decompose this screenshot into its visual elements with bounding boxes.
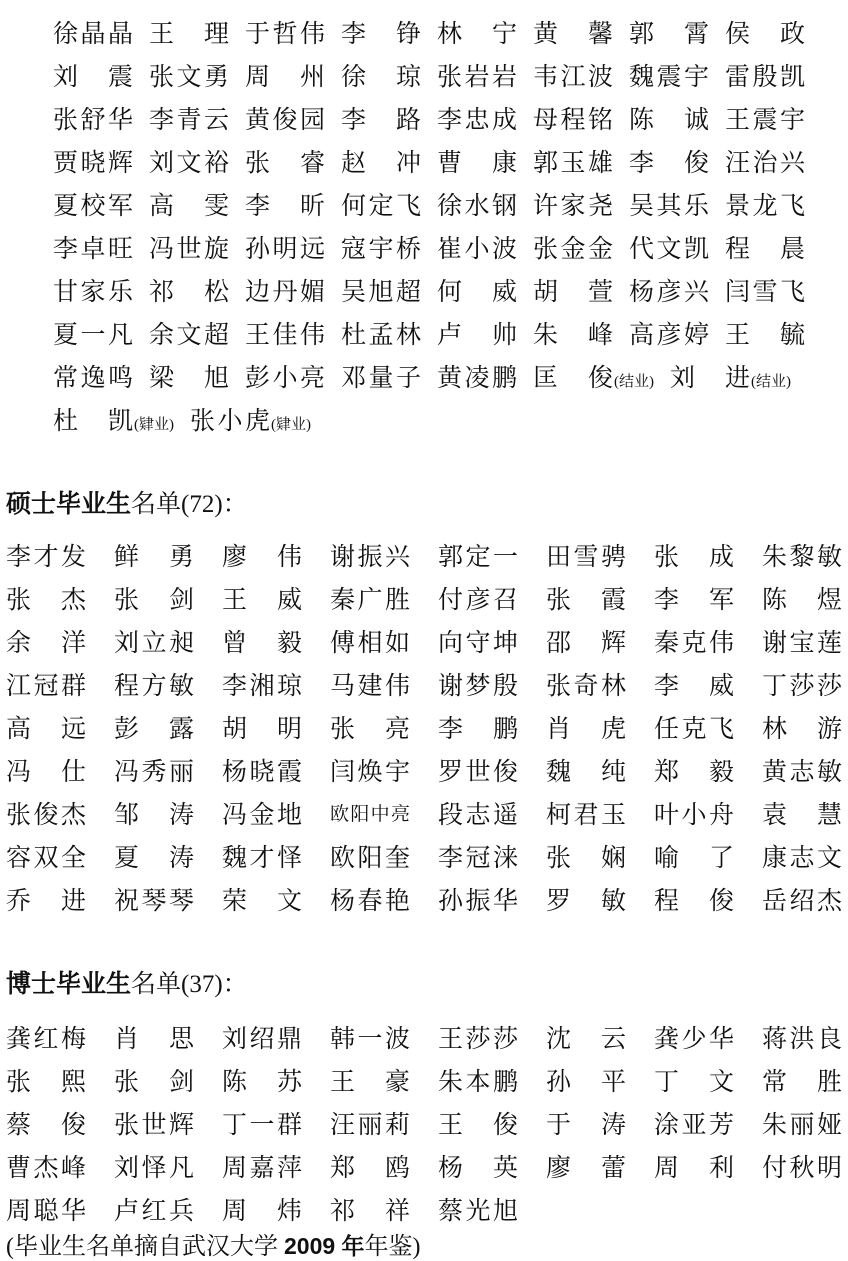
person-name: 张剑 (114, 580, 194, 616)
person-name: 陈诚 (629, 100, 709, 136)
person-name: 秦广胜 (330, 580, 410, 616)
person-name: 涂亚芳 (654, 1105, 734, 1141)
person-name: 任克飞 (654, 709, 734, 745)
masters-heading-rest: 名单(72)： (131, 491, 248, 518)
person-name: 曾毅 (222, 623, 302, 659)
person-name: 李青云 (149, 100, 229, 136)
person-name: 李才发 (6, 537, 86, 573)
completion-status-note: (肄业) (271, 413, 311, 434)
person-name: 刘进(结业) (670, 358, 791, 394)
person-name: 郭玉雄 (533, 143, 613, 179)
person-name: 龚少华 (654, 1019, 734, 1055)
person-name: 徐水钢 (437, 186, 517, 222)
person-name: 张舒华 (53, 100, 133, 136)
person-name: 卢帅 (437, 315, 517, 351)
person-name: 崔小波 (437, 229, 517, 265)
name-row: 龚红梅肖思刘绍鼎韩一波王莎莎沈云龚少华蒋洪良 (0, 1015, 848, 1058)
person-name: 何定飞 (341, 186, 421, 222)
person-name: 卢红兵 (114, 1191, 194, 1227)
person-name: 魏震宇 (629, 57, 709, 93)
person-name: 黄馨 (533, 14, 613, 50)
person-name: 张奇林 (546, 666, 626, 702)
person-name: 徐晶晶 (53, 14, 133, 50)
person-name: 肖虎 (546, 709, 626, 745)
person-name: 刘文裕 (149, 143, 229, 179)
person-name: 寇宇桥 (341, 229, 421, 265)
name-row: 李卓旺冯世旋孙明远寇宇桥崔小波张金金代文凯程晨 (0, 225, 848, 268)
person-name: 高远 (6, 709, 86, 745)
person-name: 韩一波 (330, 1019, 410, 1055)
person-name: 祁松 (149, 272, 229, 308)
person-name: 李军 (654, 580, 734, 616)
name-row: 周聪华卢红兵周炜祁祥蔡光旭 (0, 1187, 848, 1230)
doctors-heading-bold: 博士毕业生 (6, 971, 131, 998)
completion-status-note: (结业) (751, 370, 791, 391)
person-name: 汪治兴 (725, 143, 805, 179)
person-name: 程晨 (725, 229, 805, 265)
person-name: 雷殷凯 (725, 57, 805, 93)
name-row: 杜凯(肄业)张小虎(肄业) (0, 397, 848, 440)
person-name: 丁文 (654, 1062, 734, 1098)
person-name: 丁一群 (222, 1105, 302, 1141)
person-name: 彭小亮 (245, 358, 325, 394)
name-row: 甘家乐祁松边丹媚吴旭超何威胡萱杨彦兴闫雪飞 (0, 268, 848, 311)
masters-name-grid: 李才发鲜勇廖伟谢振兴郭定一田雪骋张成朱黎敏张杰张剑王威秦广胜付彦召张霞李军陈煜余… (0, 533, 848, 920)
person-name: 汪丽莉 (330, 1105, 410, 1141)
name-row: 张杰张剑王威秦广胜付彦召张霞李军陈煜 (0, 576, 848, 619)
person-name: 李冠涞 (438, 838, 518, 874)
name-row: 张俊杰邹涛冯金地欧阳中亮段志遥柯君玉叶小舟袁慧 (0, 791, 848, 834)
person-name: 王俊 (438, 1105, 518, 1141)
name-row: 张舒华李青云黄俊园李路李忠成母程铭陈诚王震宇 (0, 96, 848, 139)
person-name: 周炜 (222, 1191, 302, 1227)
person-name: 夏一凡 (53, 315, 133, 351)
person-name: 王豪 (330, 1062, 410, 1098)
name-row: 高远彭露胡明张亮李鹏肖虎任克飞林游 (0, 705, 848, 748)
person-name: 景龙飞 (725, 186, 805, 222)
person-name: 周利 (654, 1148, 734, 1184)
person-name: 谢宝莲 (762, 623, 842, 659)
source-note-year: 2009 年 (284, 1233, 365, 1259)
person-name: 傅相如 (330, 623, 410, 659)
person-name: 程方敏 (114, 666, 194, 702)
person-name: 甘家乐 (53, 272, 133, 308)
person-name: 叶小舟 (654, 795, 734, 831)
person-name: 何威 (437, 272, 517, 308)
person-name: 张剑 (114, 1062, 194, 1098)
person-name: 张娴 (546, 838, 626, 874)
source-note-prefix: (毕业生名单摘自武汉大学 (6, 1234, 284, 1260)
graduate-name-list-page: 徐晶晶王理于哲伟李铮林宁黄馨郭霄侯政刘震张文勇周州徐琼张岩岩韦江波魏震宇雷殷凯张… (0, 0, 848, 1261)
person-name: 马建伟 (330, 666, 410, 702)
person-name: 张世辉 (114, 1105, 194, 1141)
person-name: 祝琴琴 (114, 881, 194, 917)
person-name: 谢振兴 (330, 537, 410, 573)
person-name: 吴其乐 (629, 186, 709, 222)
person-name: 王莎莎 (438, 1019, 518, 1055)
name-row: 张熙张剑陈苏王豪朱本鹏孙平丁文常胜 (0, 1058, 848, 1101)
person-name: 郑鸥 (330, 1148, 410, 1184)
person-name: 张岩岩 (437, 57, 517, 93)
person-name: 周聪华 (6, 1191, 86, 1227)
person-name: 刘震 (53, 57, 133, 93)
person-name: 蔡俊 (6, 1105, 86, 1141)
person-name: 郭定一 (438, 537, 518, 573)
person-name: 丁莎莎 (762, 666, 842, 702)
person-name: 李路 (341, 100, 421, 136)
section-doctoral-graduates: 博士毕业生名单(37)： 龚红梅肖思刘绍鼎韩一波王莎莎沈云龚少华蒋洪良张熙张剑陈… (0, 968, 848, 1230)
person-name: 彭露 (114, 709, 194, 745)
masters-heading: 硕士毕业生名单(72)： (6, 488, 848, 521)
person-name: 蒋洪良 (762, 1019, 842, 1055)
section-masters-graduates: 硕士毕业生名单(72)： 李才发鲜勇廖伟谢振兴郭定一田雪骋张成朱黎敏张杰张剑王威… (0, 488, 848, 920)
person-name: 乔进 (6, 881, 86, 917)
person-name: 边丹媚 (245, 272, 325, 308)
completion-status-note: (结业) (614, 370, 654, 391)
person-name: 田雪骋 (546, 537, 626, 573)
bachelor-name-grid: 徐晶晶王理于哲伟李铮林宁黄馨郭霄侯政刘震张文勇周州徐琼张岩岩韦江波魏震宇雷殷凯张… (0, 10, 848, 440)
person-name: 王震宇 (725, 100, 805, 136)
person-name: 孙振华 (438, 881, 518, 917)
person-name: 康志文 (762, 838, 842, 874)
person-name: 朱峰 (533, 315, 613, 351)
person-name: 王理 (149, 14, 229, 50)
person-name: 段志遥 (438, 795, 518, 831)
person-name: 吴旭超 (341, 272, 421, 308)
person-name: 常胜 (762, 1062, 842, 1098)
person-name: 付彦召 (438, 580, 518, 616)
name-row: 曹杰峰刘怿凡周嘉萍郑鸥杨英廖蕾周利付秋明 (0, 1144, 848, 1187)
person-name: 罗世俊 (438, 752, 518, 788)
person-name: 杨英 (438, 1148, 518, 1184)
person-name: 刘立昶 (114, 623, 194, 659)
person-name: 余洋 (6, 623, 86, 659)
person-name: 黄志敏 (762, 752, 842, 788)
person-name: 徐琼 (341, 57, 421, 93)
person-name: 胡明 (222, 709, 302, 745)
section-bachelor-list-continued: 徐晶晶王理于哲伟李铮林宁黄馨郭霄侯政刘震张文勇周州徐琼张岩岩韦江波魏震宇雷殷凯张… (0, 10, 848, 440)
name-row: 冯仕冯秀丽杨晓霞闫焕宇罗世俊魏纯郑毅黄志敏 (0, 748, 848, 791)
person-name: 赵冲 (341, 143, 421, 179)
person-name: 孙明远 (245, 229, 325, 265)
name-row: 李才发鲜勇廖伟谢振兴郭定一田雪骋张成朱黎敏 (0, 533, 848, 576)
person-name: 周州 (245, 57, 325, 93)
person-name: 张熙 (6, 1062, 86, 1098)
person-name: 祁祥 (330, 1191, 410, 1227)
name-row: 夏一凡余文超王佳伟杜孟林卢帅朱峰高彦婷王毓 (0, 311, 848, 354)
person-name: 向守坤 (438, 623, 518, 659)
person-name: 江冠群 (6, 666, 86, 702)
name-row: 贾晓辉刘文裕张睿赵冲曹康郭玉雄李俊汪治兴 (0, 139, 848, 182)
person-name: 喻了 (654, 838, 734, 874)
person-name: 曹杰峰 (6, 1148, 86, 1184)
person-name: 常逸鸣 (53, 358, 133, 394)
person-name: 程俊 (654, 881, 734, 917)
person-name: 张金金 (533, 229, 613, 265)
person-name: 于哲伟 (245, 14, 325, 50)
person-name: 王佳伟 (245, 315, 325, 351)
person-name: 黄凌鹏 (437, 358, 517, 394)
person-name: 王威 (222, 580, 302, 616)
person-name: 林游 (762, 709, 842, 745)
person-name: 余文超 (149, 315, 229, 351)
person-name: 荣文 (222, 881, 302, 917)
completion-status-note: (肄业) (134, 413, 174, 434)
doctors-name-grid: 龚红梅肖思刘绍鼎韩一波王莎莎沈云龚少华蒋洪良张熙张剑陈苏王豪朱本鹏孙平丁文常胜蔡… (0, 1015, 848, 1230)
person-name: 周嘉萍 (222, 1148, 302, 1184)
person-name: 冯世旋 (149, 229, 229, 265)
person-name: 高雯 (149, 186, 229, 222)
person-name: 柯君玉 (546, 795, 626, 831)
person-name: 张小虎(肄业) (190, 401, 311, 437)
person-name: 李忠成 (437, 100, 517, 136)
person-name: 袁慧 (762, 795, 842, 831)
person-name: 魏纯 (546, 752, 626, 788)
person-name: 夏涛 (114, 838, 194, 874)
person-name: 梁旭 (149, 358, 229, 394)
person-name: 秦克伟 (654, 623, 734, 659)
person-name: 魏才怿 (222, 838, 302, 874)
person-name: 刘怿凡 (114, 1148, 194, 1184)
person-name: 朱丽娅 (762, 1105, 842, 1141)
person-name: 母程铭 (533, 100, 613, 136)
person-name: 冯仕 (6, 752, 86, 788)
person-name: 代文凯 (629, 229, 709, 265)
masters-heading-bold: 硕士毕业生 (6, 491, 131, 518)
person-name: 李湘琼 (222, 666, 302, 702)
name-row: 徐晶晶王理于哲伟李铮林宁黄馨郭霄侯政 (0, 10, 848, 53)
name-row: 容双全夏涛魏才怿欧阳奎李冠涞张娴喻了康志文 (0, 834, 848, 877)
person-name: 冯秀丽 (114, 752, 194, 788)
person-name: 张杰 (6, 580, 86, 616)
person-name: 邹涛 (114, 795, 194, 831)
person-name: 蔡光旭 (438, 1191, 518, 1227)
person-name: 李卓旺 (53, 229, 133, 265)
name-row: 夏校军高雯李昕何定飞徐水钢许家尧吴其乐景龙飞 (0, 182, 848, 225)
person-name: 鲜勇 (114, 537, 194, 573)
person-name: 闫焕宇 (330, 752, 410, 788)
person-name: 陈煜 (762, 580, 842, 616)
person-name: 廖蕾 (546, 1148, 626, 1184)
person-name: 冯金地 (222, 795, 302, 831)
person-name: 匡俊(结业) (533, 358, 654, 394)
person-name: 李鹏 (438, 709, 518, 745)
person-name: 郑毅 (654, 752, 734, 788)
person-name: 肖思 (114, 1019, 194, 1055)
person-name: 陈苏 (222, 1062, 302, 1098)
person-name: 邵辉 (546, 623, 626, 659)
doctors-heading: 博士毕业生名单(37)： (6, 968, 848, 1001)
person-name: 胡萱 (533, 272, 613, 308)
person-name: 林宁 (437, 14, 517, 50)
person-name: 杜孟林 (341, 315, 421, 351)
person-name: 李俊 (629, 143, 709, 179)
person-name: 刘绍鼎 (222, 1019, 302, 1055)
person-name: 张霞 (546, 580, 626, 616)
person-name: 杨晓霞 (222, 752, 302, 788)
name-row: 江冠群程方敏李湘琼马建伟谢梦殷张奇林李威丁莎莎 (0, 662, 848, 705)
person-name: 黄俊园 (245, 100, 325, 136)
person-name: 夏校军 (53, 186, 133, 222)
person-name: 欧阳中亮 (330, 799, 410, 826)
person-name: 张成 (654, 537, 734, 573)
person-name: 张睿 (245, 143, 325, 179)
person-name: 李铮 (341, 14, 421, 50)
person-name: 张俊杰 (6, 795, 86, 831)
person-name: 朱本鹏 (438, 1062, 518, 1098)
name-row: 蔡俊张世辉丁一群汪丽莉王俊于涛涂亚芳朱丽娅 (0, 1101, 848, 1144)
person-name: 岳绍杰 (762, 881, 842, 917)
person-name: 许家尧 (533, 186, 613, 222)
person-name: 沈云 (546, 1019, 626, 1055)
name-row: 常逸鸣梁旭彭小亮邓量子黄凌鹏匡俊(结业)刘进(结业) (0, 354, 848, 397)
person-name: 孙平 (546, 1062, 626, 1098)
person-name: 闫雪飞 (725, 272, 805, 308)
person-name: 李威 (654, 666, 734, 702)
person-name: 王毓 (725, 315, 805, 351)
person-name: 杨春艳 (330, 881, 410, 917)
person-name: 付秋明 (762, 1148, 842, 1184)
source-note-suffix: 年鉴) (365, 1234, 421, 1260)
person-name: 于涛 (546, 1105, 626, 1141)
person-name: 曹康 (437, 143, 517, 179)
person-name: 贾晓辉 (53, 143, 133, 179)
name-row: 余洋刘立昶曾毅傅相如向守坤邵辉秦克伟谢宝莲 (0, 619, 848, 662)
person-name: 朱黎敏 (762, 537, 842, 573)
person-name: 张文勇 (149, 57, 229, 93)
person-name: 谢梦殷 (438, 666, 518, 702)
person-name: 侯政 (725, 14, 805, 50)
person-name: 廖伟 (222, 537, 302, 573)
person-name: 李昕 (245, 186, 325, 222)
person-name: 郭霄 (629, 14, 709, 50)
person-name: 杨彦兴 (629, 272, 709, 308)
person-name: 容双全 (6, 838, 86, 874)
doctors-heading-rest: 名单(37)： (131, 971, 248, 998)
name-row: 乔进祝琴琴荣文杨春艳孙振华罗敏程俊岳绍杰 (0, 877, 848, 920)
person-name: 韦江波 (533, 57, 613, 93)
person-name: 张亮 (330, 709, 410, 745)
person-name: 龚红梅 (6, 1019, 86, 1055)
person-name: 杜凯(肄业) (53, 401, 174, 437)
name-row: 刘震张文勇周州徐琼张岩岩韦江波魏震宇雷殷凯 (0, 53, 848, 96)
person-name: 邓量子 (341, 358, 421, 394)
person-name: 欧阳奎 (330, 838, 410, 874)
person-name: 高彦婷 (629, 315, 709, 351)
source-note: (毕业生名单摘自武汉大学 2009 年年鉴) (6, 1232, 848, 1261)
person-name: 罗敏 (546, 881, 626, 917)
